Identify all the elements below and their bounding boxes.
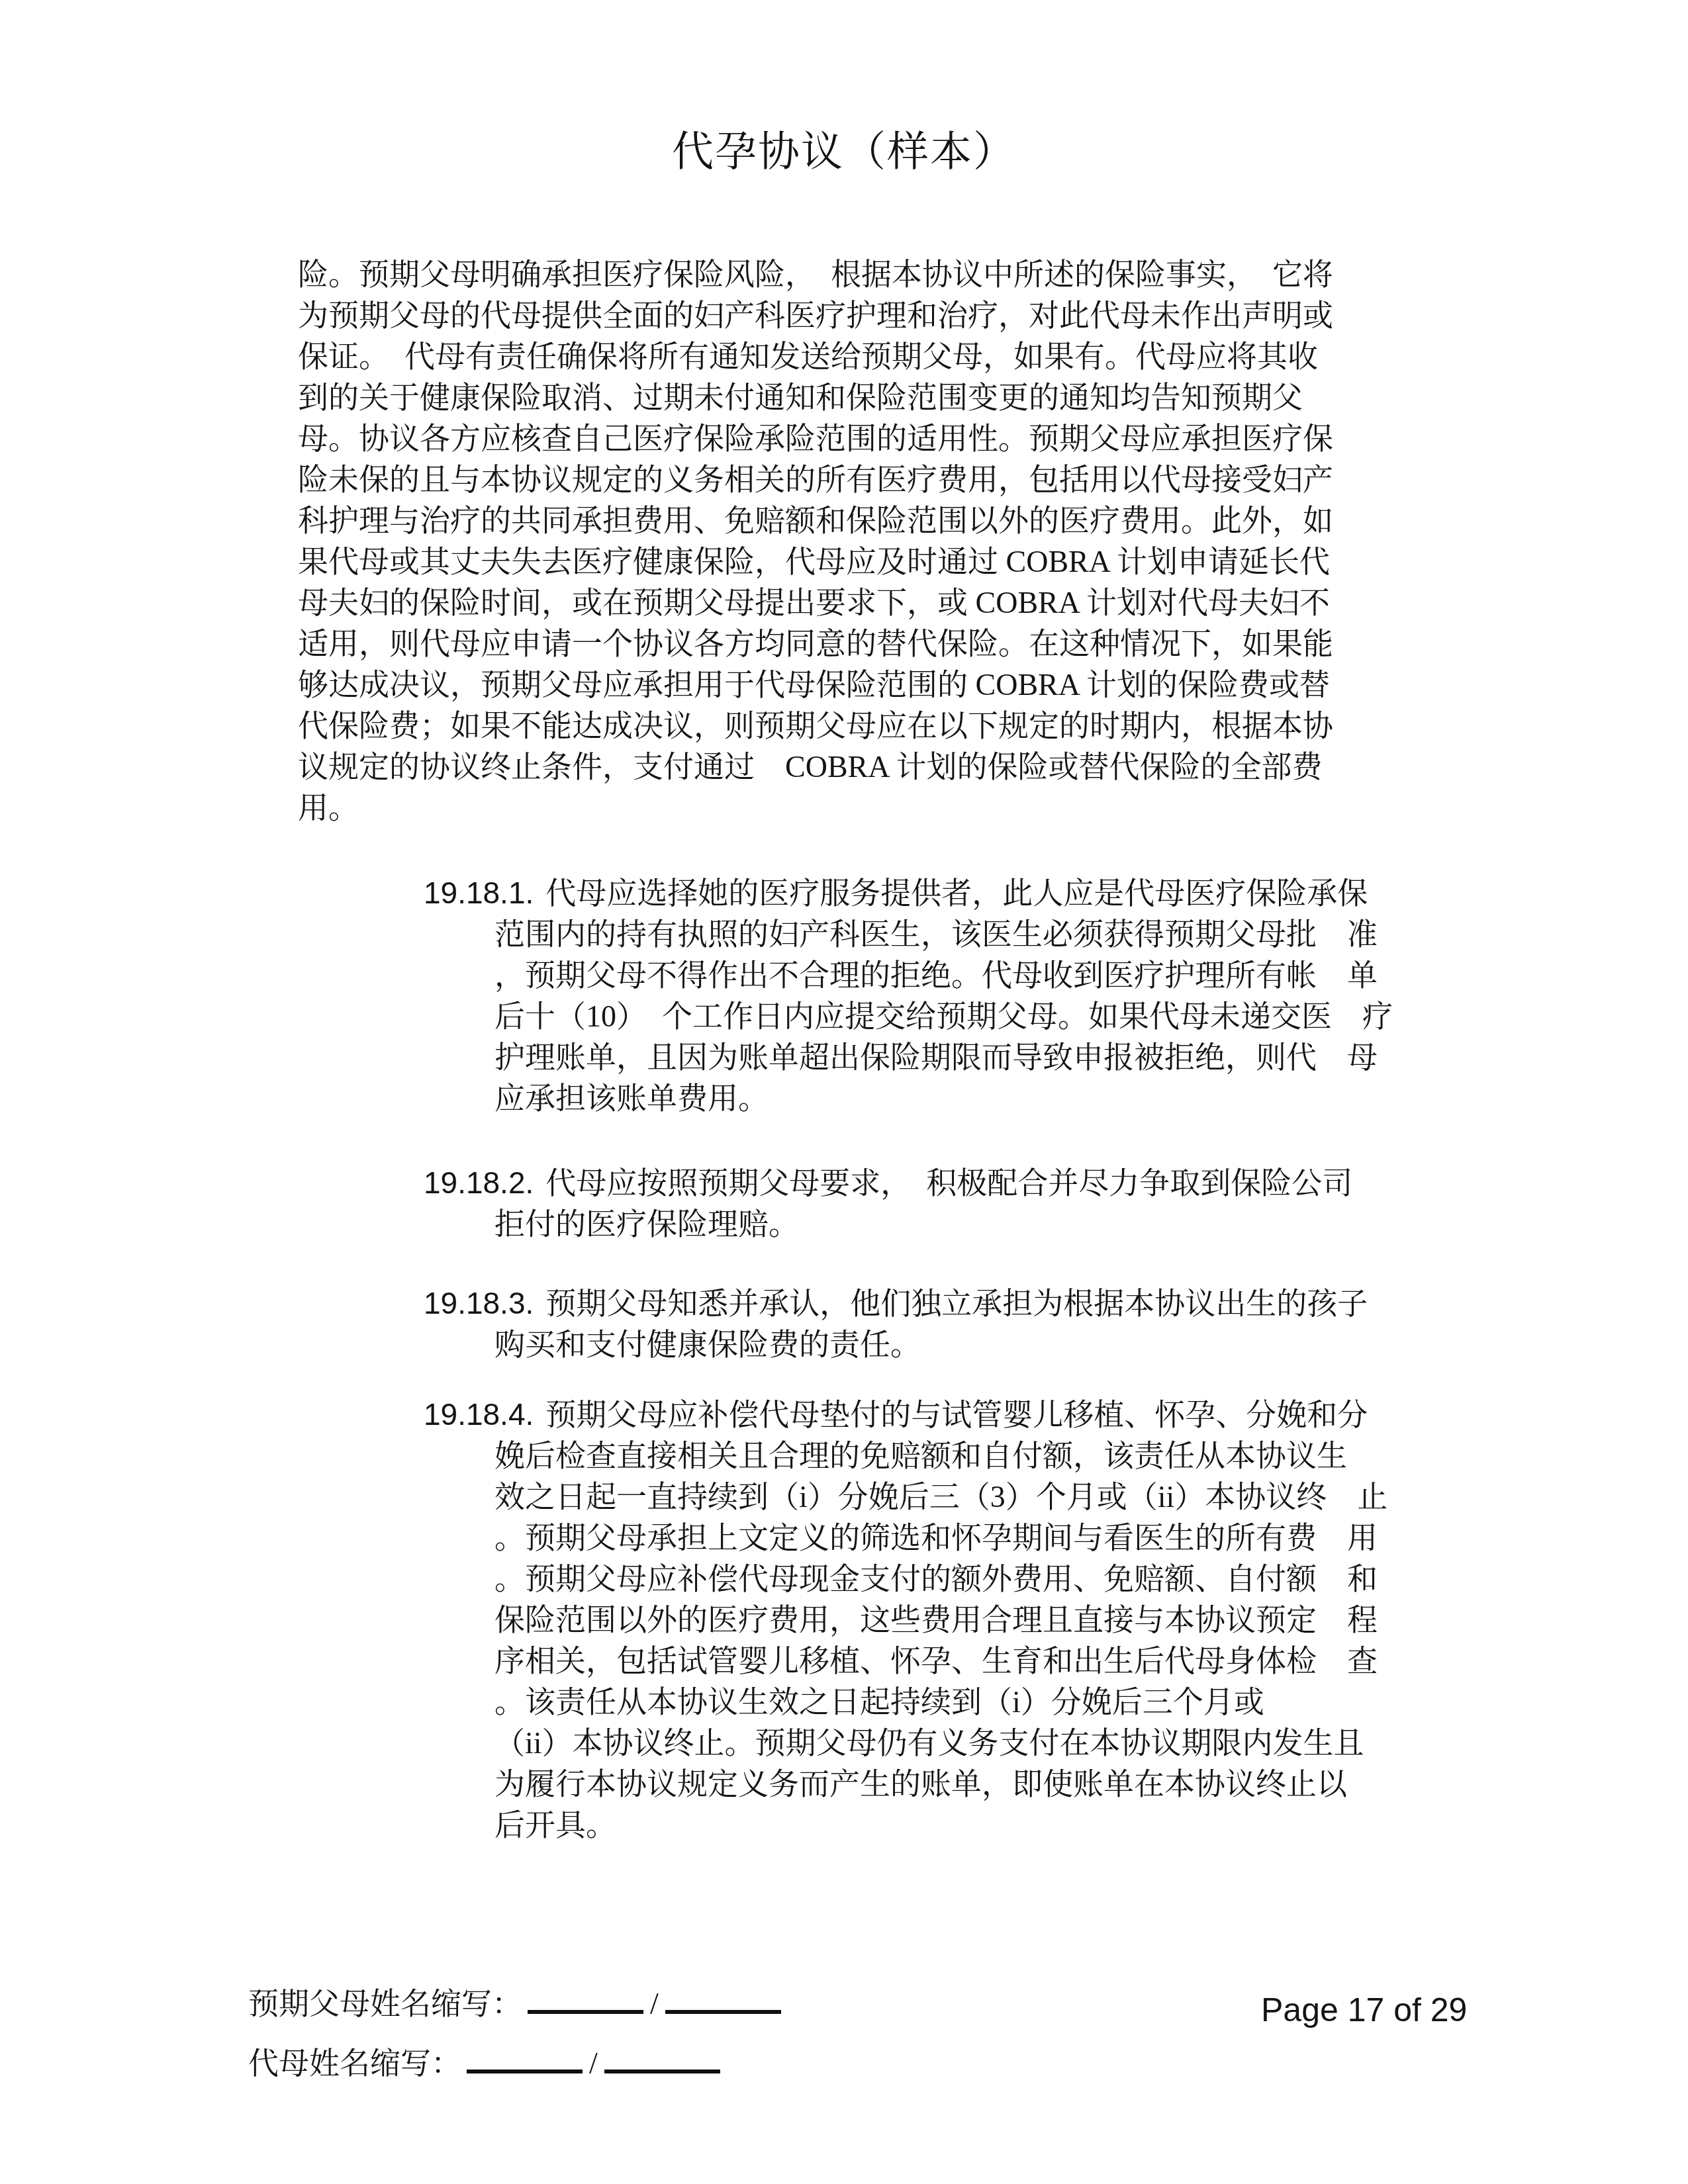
section-text: 预期父母应补偿代母垫付的与试管婴儿移植、怀孕、分娩和分 娩后检查直接相关且合理的… [494, 1398, 1387, 1842]
body-paragraph: 险。预期父母明确承担医疗保险风险， 根据本协议中所述的保险事实， 它将 为预期父… [298, 254, 1454, 829]
section-number: 19.18.2. [424, 1165, 534, 1200]
section-number: 19.18.1. [424, 876, 534, 910]
initials-blank-line [665, 2005, 781, 2014]
document-page: 代孕协议（样本） 险。预期父母明确承担医疗保险风险， 根据本协议中所述的保险事实… [0, 0, 1688, 2184]
initials-blank-line [528, 2005, 643, 2014]
section-number: 19.18.4. [424, 1397, 534, 1432]
section-19-18-2: 19.18.2.代母应按照预期父母要求， 积极配合并尽力争取到保险公司 拒付的医… [298, 1162, 1660, 1245]
section-19-18-3: 19.18.3.预期父母知悉并承认，他们独立承担为根据本协议出生的孩子 购买和支… [298, 1283, 1660, 1365]
page-title: 代孕协议（样本） [0, 118, 1688, 178]
section-19-18-1: 19.18.1.代母应选择她的医疗服务提供者，此人应是代母医疗保险承保 范围内的… [298, 872, 1660, 1119]
section-text: 代母应按照预期父母要求， 积极配合并尽力争取到保险公司 拒付的医疗保险理赔。 [494, 1166, 1352, 1241]
initials-blank-line [467, 2064, 583, 2073]
footer-intended-parents-initials: 预期父母姓名缩写：/ [248, 1984, 786, 2024]
initials-separator: / [589, 2046, 598, 2080]
section-19-18-4: 19.18.4.预期父母应补偿代母垫付的与试管婴儿移植、怀孕、分娩和分 娩后检查… [298, 1394, 1660, 1846]
section-text: 代母应选择她的医疗服务提供者，此人应是代母医疗保险承保 范围内的持有执照的妇产科… [494, 876, 1393, 1115]
page-number: Page 17 of 29 [1261, 1991, 1467, 2029]
initials-blank-line [604, 2064, 720, 2073]
initials-separator: / [650, 1987, 659, 2021]
section-text: 预期父母知悉并承认，他们独立承担为根据本协议出生的孩子 购买和支付健康保险费的责… [494, 1287, 1368, 1361]
footer-label-surrogate: 代母姓名缩写： [248, 2046, 461, 2080]
footer-surrogate-initials: 代母姓名缩写：/ [248, 2044, 726, 2083]
section-number: 19.18.3. [424, 1286, 534, 1320]
footer-label-intended-parents: 预期父母姓名缩写： [248, 1987, 522, 2021]
